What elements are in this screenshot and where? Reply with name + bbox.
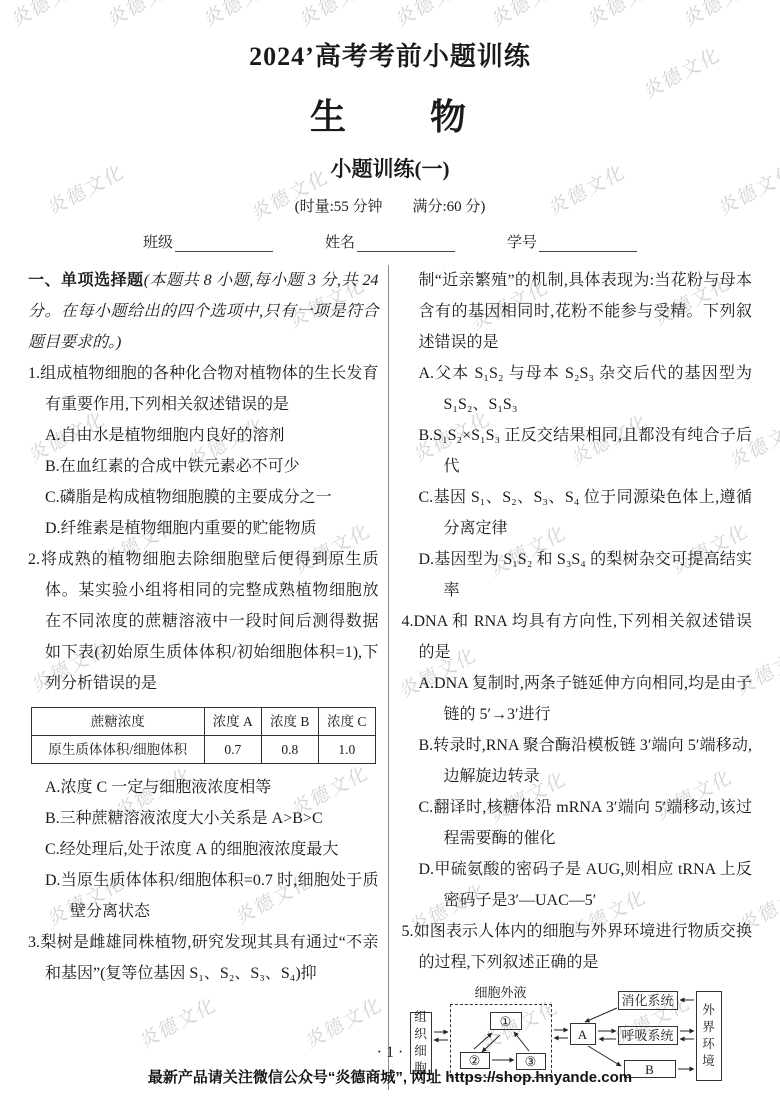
student-id-blank-line	[539, 235, 637, 252]
footer-note: 最新产品请关注微信公众号“炎德商城”, 网址 https://shop.hnya…	[0, 1066, 780, 1087]
question-1-option-c: C.磷脂是构成植物细胞膜的主要成分之一	[28, 482, 379, 513]
question-5-stem: 5.如图表示人体内的细胞与外界环境进行物质交换的过程,下列叙述正确的是	[402, 916, 753, 978]
question-3-option-d: D.基因型为 S₁S₂ 和 S₃S₄ 的梨树杂交可提高结实率	[402, 544, 753, 606]
question-1-option-a: A.自由水是植物细胞内良好的溶剂	[28, 420, 379, 451]
table-cell: 0.7	[204, 736, 261, 764]
student-fields: 班级 姓名 学号	[28, 231, 752, 252]
digestive-system-box: 消化系统	[618, 991, 678, 1010]
exam-header: 2024’高考考前小题训练 生 物 小题训练(一) (时量:55 分钟 满分:6…	[28, 0, 752, 252]
question-1-option-b: B.在血红素的合成中铁元素必不可少	[28, 451, 379, 482]
name-label: 姓名	[325, 231, 355, 252]
table-header-cell: 浓度 C	[318, 708, 375, 736]
question-2-option-c: C.经处理后,处于浓度 A 的细胞液浓度最大	[28, 834, 379, 865]
left-column: 一、单项选择题(本题共 8 小题,每小题 3 分,共 24 分。在每小题给出的四…	[28, 265, 388, 1090]
table-header-cell: 蔗糖浓度	[31, 708, 204, 736]
question-4-stem: 4.DNA 和 RNA 均具有方向性,下列相关叙述错误的是	[402, 606, 753, 668]
question-4-option-b: B.转录时,RNA 聚合酶沿模板链 3′端向 5′端移动,边解旋边转录	[402, 730, 753, 792]
exercise-subtitle: 小题训练(一)	[28, 153, 752, 183]
question-3-option-a: A.父本 S₁S₂ 与母本 S₂S₃ 杂交后代的基因型为 S₁S₂、S₁S₃	[402, 358, 753, 420]
question-3-option-b: B.S₁S₂×S₁S₃ 正反交结果相同,且都没有纯合子后代	[402, 420, 753, 482]
question-2-option-b: B.三种蔗糖溶液浓度大小关系是 A>B>C	[28, 803, 379, 834]
table-header-row: 蔗糖浓度 浓度 A 浓度 B 浓度 C	[31, 708, 375, 736]
question-2-option-a: A.浓度 C 一定与细胞液浓度相等	[28, 772, 379, 803]
exam-page: 炎德文化炎德文化炎德文化炎德文化炎德文化炎德文化炎德文化炎德文化炎德文化炎德文化…	[0, 0, 780, 1098]
question-3-option-c: C.基因 S₁、S₂、S₃、S₄ 位于同源染色体上,遵循分离定律	[402, 482, 753, 544]
exam-body: 一、单项选择题(本题共 8 小题,每小题 3 分,共 24 分。在每小题给出的四…	[28, 265, 752, 1090]
table-cell: 1.0	[318, 736, 375, 764]
section-title: 一、单项选择题	[28, 272, 144, 289]
table-header-cell: 浓度 B	[261, 708, 318, 736]
page-number: · 1 ·	[0, 1044, 780, 1062]
class-blank-line	[175, 235, 273, 252]
name-field: 姓名	[325, 231, 455, 252]
class-label: 班级	[143, 231, 173, 252]
exam-meta: (时量:55 分钟 满分:60 分)	[28, 195, 752, 216]
right-column: 制“近亲繁殖”的机制,具体表现为:当花粉与母本含有的基因相同时,花粉不能参与受精…	[388, 265, 753, 1090]
question-4-option-a: A.DNA 复制时,两条子链延伸方向相同,均是由子链的 5′→3′进行	[402, 668, 753, 730]
table-cell: 0.8	[261, 736, 318, 764]
tissue-cells-box: 组织细胞	[410, 1012, 432, 1074]
class-field: 班级	[143, 231, 273, 252]
table-cell: 原生质体体积/细胞体积	[31, 736, 204, 764]
node-a-box: A	[570, 1023, 596, 1045]
question-4-option-c: C.翻译时,核糖体沿 mRNA 3′端向 5′端移动,该过程需要酶的催化	[402, 792, 753, 854]
sucrose-concentration-table: 蔗糖浓度 浓度 A 浓度 B 浓度 C 原生质体体积/细胞体积 0.7 0.8 …	[31, 707, 376, 764]
student-id-field: 学号	[507, 231, 637, 252]
table-data-row: 原生质体体积/细胞体积 0.7 0.8 1.0	[31, 736, 375, 764]
page-title: 2024’高考考前小题训练	[28, 0, 752, 73]
respiratory-system-box: 呼吸系统	[618, 1026, 678, 1045]
name-blank-line	[357, 235, 455, 252]
extracellular-fluid-label: 细胞外液	[450, 986, 552, 999]
student-id-label: 学号	[507, 231, 537, 252]
question-1-stem: 1.组成植物细胞的各种化合物对植物体的生长发育有重要作用,下列相关叙述错误的是	[28, 358, 379, 420]
table-header-cell: 浓度 A	[204, 708, 261, 736]
section-heading: 一、单项选择题(本题共 8 小题,每小题 3 分,共 24 分。在每小题给出的四…	[28, 265, 379, 358]
node-1-box: ①	[490, 1012, 522, 1030]
question-1-option-d: D.纤维素是植物细胞内重要的贮能物质	[28, 513, 379, 544]
question-2-stem: 2.将成熟的植物细胞去除细胞壁后便得到原生质体。某实验小组将相同的完整成熟植物细…	[28, 544, 379, 699]
subject-title: 生 物	[28, 89, 752, 140]
question-3-stem-right: 制“近亲繁殖”的机制,具体表现为:当花粉与母本含有的基因相同时,花粉不能参与受精…	[402, 265, 753, 358]
question-2-option-d: D.当原生质体体积/细胞体积=0.7 时,细胞处于质壁分离状态	[28, 865, 379, 927]
question-4-option-d: D.甲硫氨酸的密码子是 AUG,则相应 tRNA 上反密码子是3′—UAC—5′	[402, 854, 753, 916]
question-3-stem-left: 3.梨树是雌雄同株植物,研究发现其具有通过“不亲和基因”(复等位基因 S₁、S₂…	[28, 927, 379, 989]
